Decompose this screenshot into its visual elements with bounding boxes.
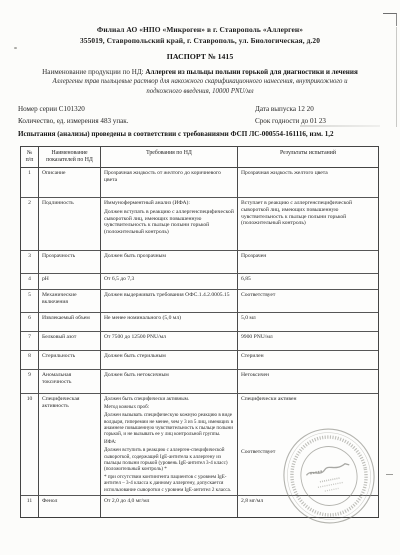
requirement-cell: Должен быть прозрачным xyxy=(101,251,238,274)
result-cell: Прозрачен xyxy=(238,251,378,274)
indicator-name-cell: Подлинность xyxy=(39,198,101,251)
indicator-name-cell: Аномальная токсичность xyxy=(39,370,101,394)
requirement-paragraph: Должен быть стерильным xyxy=(104,353,234,360)
quantity-label: Количество, ед. измерения xyxy=(18,117,99,125)
document-page: Филиал АО «НПО «Микроген» в г. Ставропол… xyxy=(0,0,400,555)
document-header: Филиал АО «НПО «Микроген» в г. Ставропол… xyxy=(0,25,400,96)
row-number-cell: 1 xyxy=(21,168,39,198)
indicator-name-cell: Белковый азот xyxy=(39,332,101,351)
requirement-paragraph: Метод кожных проб: xyxy=(104,404,234,410)
requirement-cell: Должен быть специфически активным.Метод … xyxy=(101,394,238,496)
indicator-name-cell: Описание xyxy=(39,168,101,198)
quantity-value: 483 упак. xyxy=(100,117,128,125)
results-table: № п/п Наименование показателей по НД Тре… xyxy=(20,146,379,518)
result-paragraph: 9900 PNU/мл xyxy=(241,334,375,341)
row-number-cell: 11 xyxy=(21,496,39,517)
result-paragraph: Нетоксичен xyxy=(241,372,375,379)
requirement-cell: Должен быть стерильным xyxy=(101,351,238,370)
quantity-field: Количество, ед. измерения 483 упак. xyxy=(18,117,255,125)
result-cell: Нетоксичен xyxy=(238,370,378,394)
result-cell: 2,8 мг/мл xyxy=(238,496,378,517)
row-number-cell: 6 xyxy=(21,313,39,332)
indicator-name-cell: Фенол xyxy=(39,496,101,517)
scan-smudge xyxy=(300,125,380,127)
header-requirements: Требования по НД xyxy=(101,147,238,168)
result-cell: 5,0 мл xyxy=(238,313,378,332)
requirement-cell: Должен быть нетоксичным xyxy=(101,370,238,394)
indicator-name-cell: Стерильность xyxy=(39,351,101,370)
result-paragraph: Прозрачен xyxy=(241,253,375,260)
requirement-paragraph: * при отсутствии контингента пациентов с… xyxy=(104,474,234,493)
result-paragraph: Специфически активен xyxy=(241,396,375,403)
requirement-paragraph: От 7500 до 12500 PNU/мл xyxy=(104,334,234,341)
result-cell: Вступает в реакцию с аллергенспецифическ… xyxy=(238,198,378,251)
table-row: 5Механические включенияДолжен выдерживат… xyxy=(21,290,378,313)
organization-name: Филиал АО «НПО «Микроген» в г. Ставропол… xyxy=(0,25,400,36)
series-label: Номер серии xyxy=(18,105,57,113)
tests-statement: Испытания (анализы) проведены в соответс… xyxy=(18,130,386,139)
indicator-name-cell: Извлекаемый объем xyxy=(39,313,101,332)
result-paragraph: Стерилен xyxy=(241,353,375,360)
indicator-name-cell: Прозрачность xyxy=(39,251,101,274)
requirement-paragraph: Иммуноферментный анализ (ИФА): xyxy=(104,200,234,207)
product-subtitle: Аллергены трав пыльцевые раствор для нак… xyxy=(41,77,359,95)
scan-corner-mark xyxy=(383,13,397,26)
result-paragraph: Прозрачная жидкость желтого цвета xyxy=(241,170,375,177)
requirement-cell: От 6,5 до 7,3 xyxy=(101,274,238,290)
product-name-line: Наименование продукции по НД: Аллерген и… xyxy=(0,68,400,76)
requirement-paragraph: Должен быть нетоксичным xyxy=(104,372,234,379)
row-number-cell: 10 xyxy=(21,394,39,496)
requirement-paragraph: От 2,0 до 4,0 мг/мл xyxy=(104,498,234,505)
table-header-row: № п/п Наименование показателей по НД Тре… xyxy=(21,147,378,168)
table-body: 1ОписаниеПрозрачная жидкость от желтого … xyxy=(21,168,378,517)
result-paragraph: 5,0 мл xyxy=(241,315,375,322)
metadata-section: Номер серии С101320 Дата выпуска 12 20 К… xyxy=(18,105,382,126)
table-row: 3ПрозрачностьДолжен быть прозрачнымПрозр… xyxy=(21,251,378,274)
result-paragraph: Соответствует xyxy=(241,449,375,456)
header-indicator-name: Наименование показателей по НД xyxy=(39,147,101,168)
indicator-name-cell: pH xyxy=(39,274,101,290)
requirement-cell: От 2,0 до 4,0 мг/мл xyxy=(101,496,238,517)
row-number-cell: 9 xyxy=(21,370,39,394)
requirement-paragraph: ИФА: xyxy=(104,439,234,445)
table-row: 1ОписаниеПрозрачная жидкость от желтого … xyxy=(21,168,378,198)
requirement-cell: Прозрачная жидкость от желтого до коричн… xyxy=(101,168,238,198)
requirement-paragraph: Не менее номинального (5,0 мл) xyxy=(104,315,234,322)
requirement-cell: От 7500 до 12500 PNU/мл xyxy=(101,332,238,351)
requirement-cell: Не менее номинального (5,0 мл) xyxy=(101,313,238,332)
header-results: Результаты испытаний xyxy=(238,147,378,168)
passport-title: ПАСПОРТ № 1415 xyxy=(0,52,400,61)
result-cell: Стерилен xyxy=(238,351,378,370)
result-cell: 6,85 xyxy=(238,274,378,290)
release-date-value: 12 20 xyxy=(298,105,314,113)
organization-address: 355019, Ставропольский край, г. Ставропо… xyxy=(0,36,400,47)
indicator-name-cell: Механические включения xyxy=(39,290,101,313)
requirement-paragraph: Должен вызывать специфическую кожную реа… xyxy=(104,412,234,437)
table-row: 4pHОт 6,5 до 7,36,85 xyxy=(21,274,378,290)
result-paragraph: 2,8 мг/мл xyxy=(241,498,375,505)
requirement-paragraph: Должен вступать в реакцию с аллергенспец… xyxy=(104,209,234,236)
product-name: Аллерген из пыльцы полыни горькой для ди… xyxy=(145,68,357,76)
results-table-wrapper: № п/п Наименование показателей по НД Тре… xyxy=(20,146,379,518)
row-number-cell: 2 xyxy=(21,198,39,251)
indicator-name-cell: Специфическая активность xyxy=(39,394,101,496)
row-number-cell: 8 xyxy=(21,351,39,370)
row-number-cell: 5 xyxy=(21,290,39,313)
result-paragraph: 6,85 xyxy=(241,276,375,283)
requirement-cell: Иммуноферментный анализ (ИФА):Должен вст… xyxy=(101,198,238,251)
series-field: Номер серии С101320 xyxy=(18,105,255,113)
result-cell: 9900 PNU/мл xyxy=(238,332,378,351)
release-date-label: Дата выпуска xyxy=(255,105,296,113)
result-cell: Прозрачная жидкость желтого цвета xyxy=(238,168,378,198)
scan-spot xyxy=(14,47,17,49)
table-row: 11ФенолОт 2,0 до 4,0 мг/мл2,8 мг/мл xyxy=(21,496,378,517)
table-row: 8СтерильностьДолжен быть стерильнымСтери… xyxy=(21,351,378,370)
row-number-cell: 3 xyxy=(21,251,39,274)
table-row: 7Белковый азотОт 7500 до 12500 PNU/мл990… xyxy=(21,332,378,351)
table-row: 9Аномальная токсичностьДолжен быть неток… xyxy=(21,370,378,394)
requirement-cell: Должен выдерживать требования ОФС.1.4.2.… xyxy=(101,290,238,313)
result-cell: Специфически активенСоответствует xyxy=(238,394,378,496)
row-number-cell: 7 xyxy=(21,332,39,351)
requirement-paragraph: Должен выдерживать требования ОФС.1.4.2.… xyxy=(104,292,234,299)
scan-dash xyxy=(386,474,393,475)
release-date-field: Дата выпуска 12 20 xyxy=(255,105,382,113)
table-row: 10Специфическая активностьДолжен быть сп… xyxy=(21,394,378,496)
requirement-paragraph: Должен вступить в реакцию с аллерген-спе… xyxy=(104,447,234,472)
requirement-paragraph: От 6,5 до 7,3 xyxy=(104,276,234,283)
meta-row-series: Номер серии С101320 Дата выпуска 12 20 xyxy=(18,105,382,113)
requirement-paragraph: Должен быть прозрачным xyxy=(104,253,234,260)
table-row: 6Извлекаемый объемНе менее номинального … xyxy=(21,313,378,332)
row-number-cell: 4 xyxy=(21,274,39,290)
table-row: 2ПодлинностьИммуноферментный анализ (ИФА… xyxy=(21,198,378,251)
result-paragraph: Соответствует xyxy=(241,292,375,299)
product-label: Наименование продукции по НД: xyxy=(42,68,143,76)
requirement-paragraph: Прозрачная жидкость от желтого до коричн… xyxy=(104,170,234,184)
result-paragraph: Вступает в реакцию с аллергенспецифическ… xyxy=(241,200,375,227)
scan-edge-line xyxy=(396,27,397,127)
series-value: С101320 xyxy=(59,105,85,113)
result-cell: Соответствует xyxy=(238,290,378,313)
requirement-paragraph: Должен быть специфически активным. xyxy=(104,396,234,402)
header-row-number: № п/п xyxy=(21,147,39,168)
